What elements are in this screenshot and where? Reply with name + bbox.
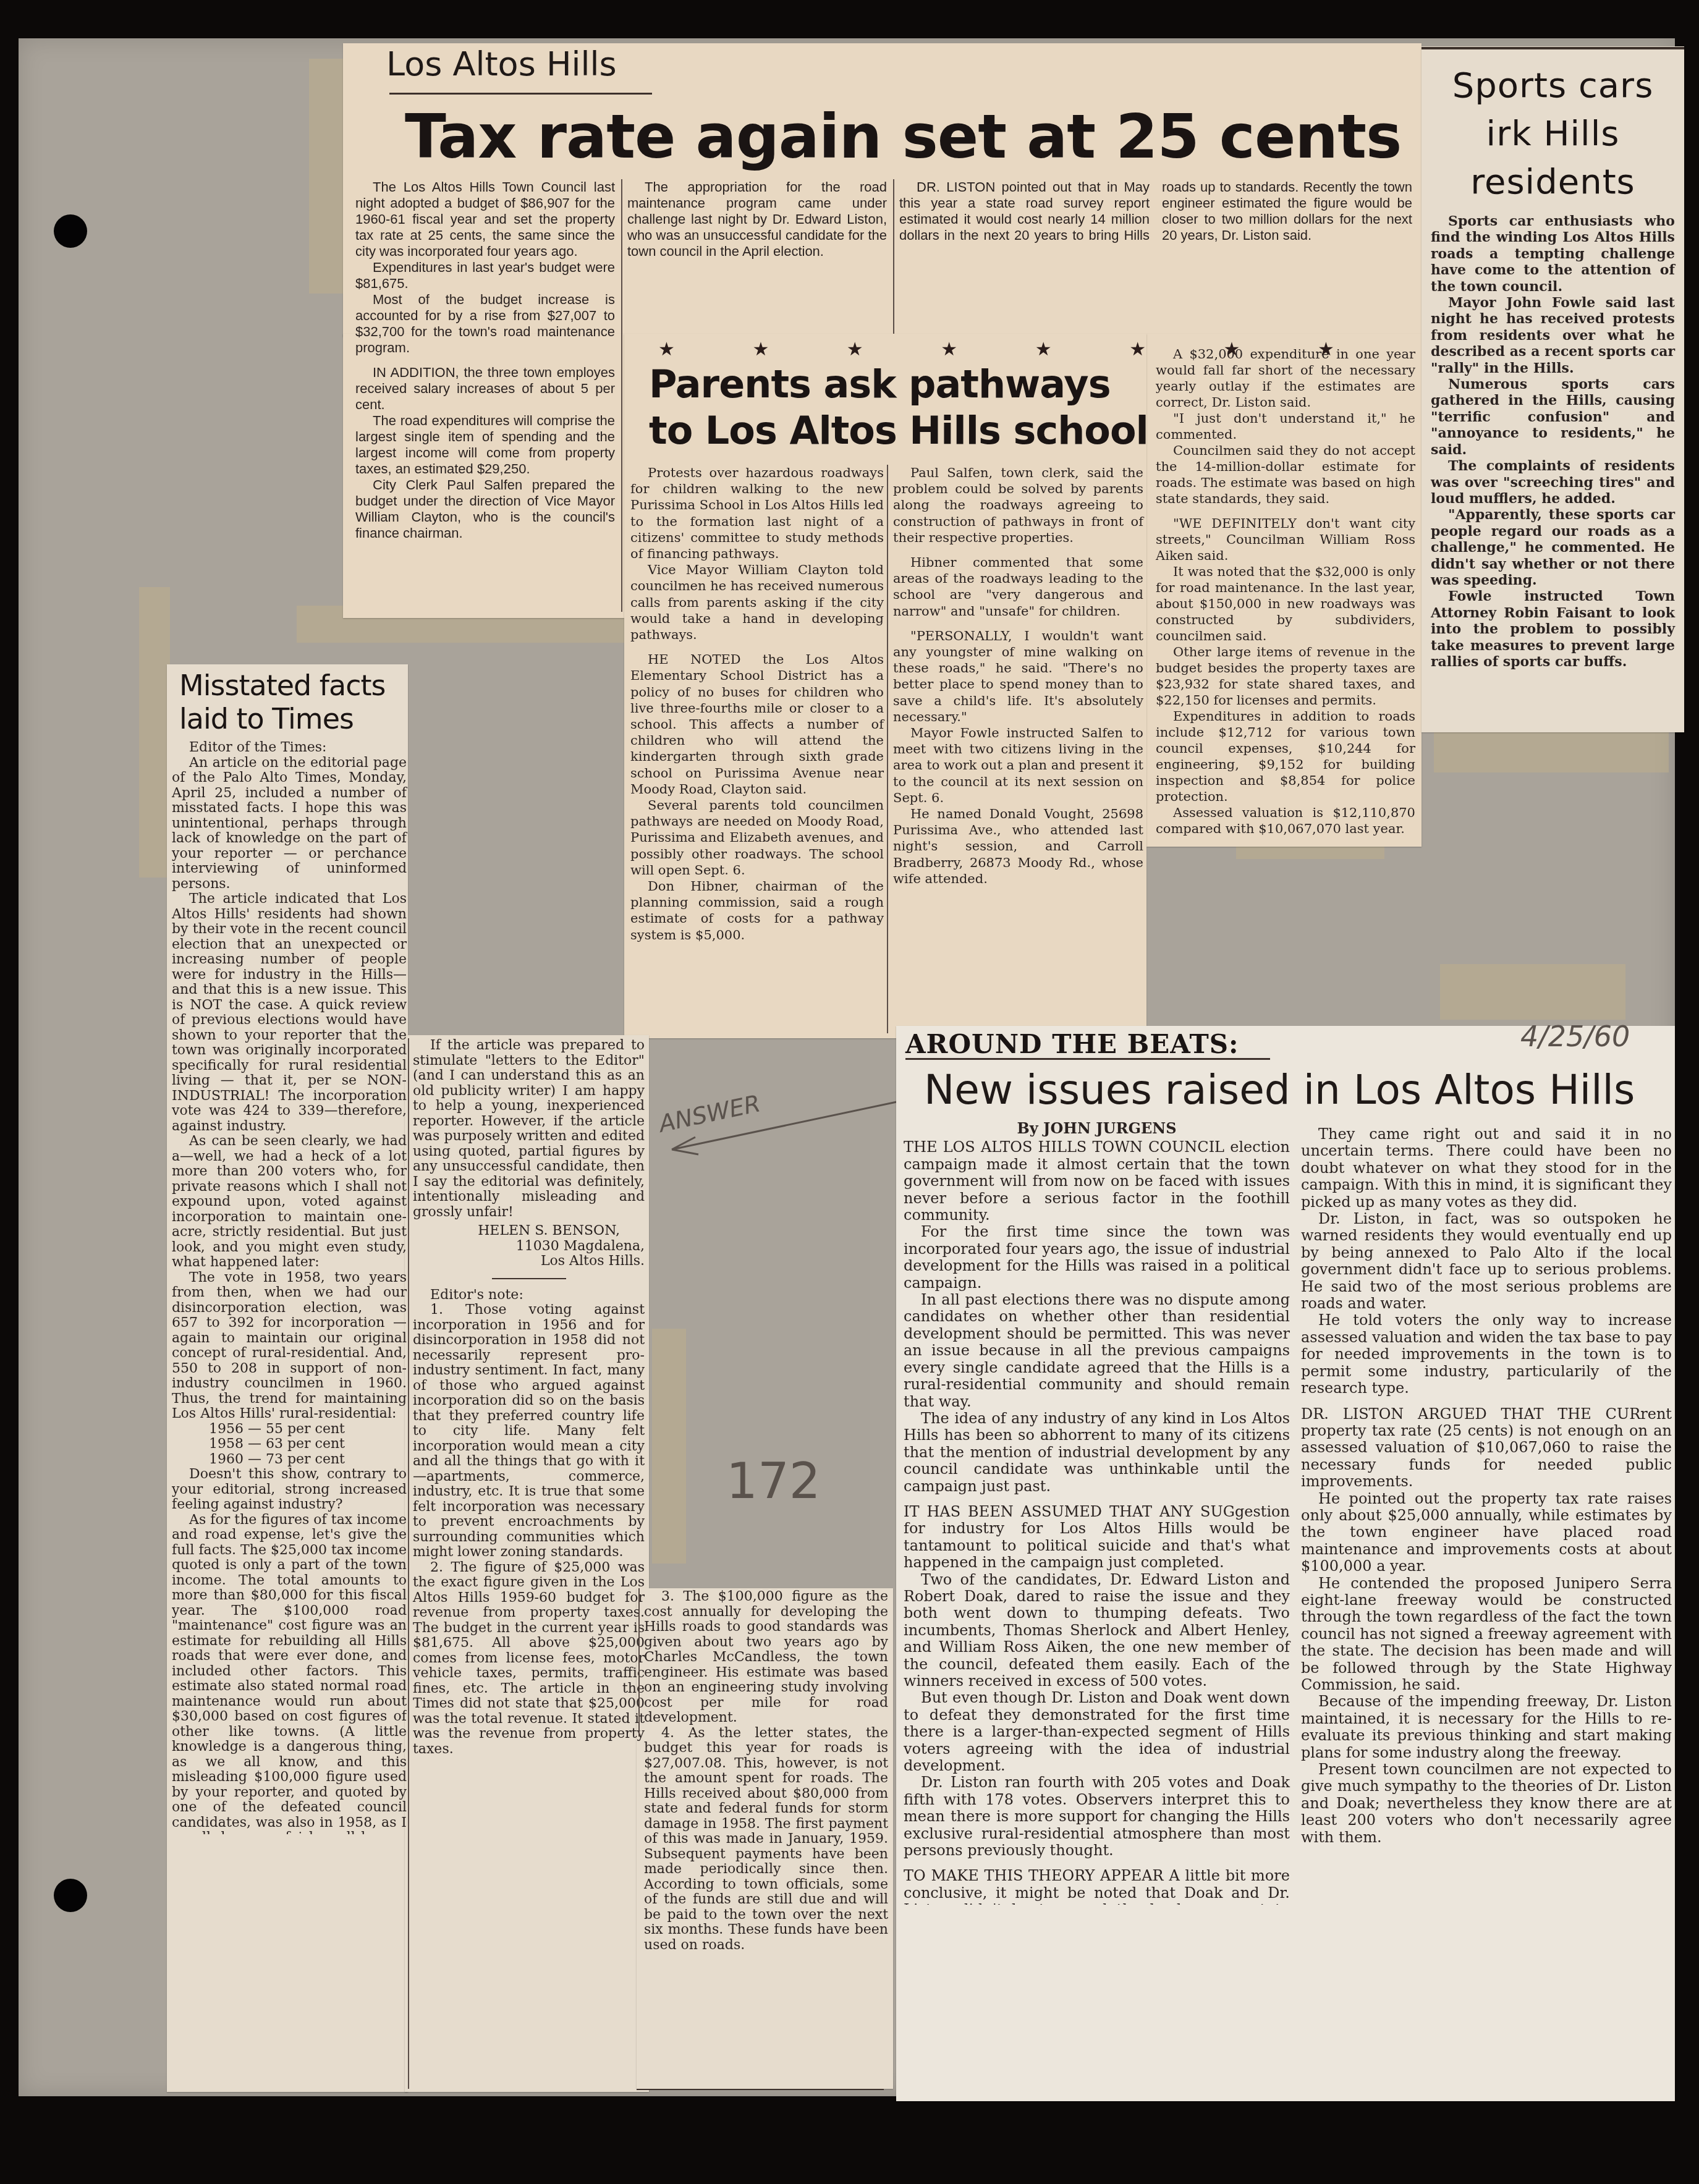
article-tax-rate-col2: The appropriation for the road maintenan… [627,179,887,260]
kicker-around-the-beats: AROUND THE BEATS: [905,1029,1239,1059]
letter-col1: Editor of the Times: An article on the e… [172,740,407,1834]
kicker-underline [905,1058,1270,1060]
trend-list: 1956 — 55 per cent 1958 — 63 per cent 19… [172,1422,407,1468]
handwritten-date: 4/25/60 [1520,1020,1630,1053]
headline-pathways-line2: to Los Altos Hills school [649,408,1148,453]
kicker-underline [389,93,652,95]
trend-row: 1960 — 73 per cent [209,1452,407,1468]
handwritten-page-number: 172 [726,1452,821,1510]
trend-row: 1958 — 63 per cent [209,1437,407,1452]
headline-tax-rate: Tax rate again set at 25 cents [405,102,1401,172]
top-rule [1421,47,1684,49]
tape-strip [1440,964,1625,1020]
tape-strip [1434,729,1669,772]
column-rule [621,179,622,612]
tape-strip [652,1329,686,1564]
divider [492,1278,566,1279]
article-new-issues-col1: By JOHN JURGENS THE LOS ALTOS HILLS TOWN… [904,1120,1290,1905]
article-pathways-col1: Protests over hazardous roadways for chi… [630,465,884,943]
headline-sports-cars: Sports cars irk Hills residents [1428,62,1678,206]
article-tax-rate-col3: DR. LISTON pointed out that in May this … [899,179,1412,243]
trend-row: 1956 — 55 per cent [209,1422,407,1437]
handwritten-arrow-icon [664,1094,912,1162]
column-rule [887,465,888,1033]
article-new-issues-col2: They came right out and said it in no un… [1301,1126,1672,1846]
article-pathways-col2: Paul Salfen, town clerk, said the proble… [893,465,1143,887]
letter-col3: 3. The $100,000 figure as the cost annua… [644,1589,888,1953]
letter-col2: If the article was prepared to stimulate… [413,1038,645,1757]
headline-new-issues: New issues raised in Los Altos Hills [924,1066,1635,1114]
binder-hole-top [54,214,87,248]
column-rule [893,179,894,334]
column-rule [638,1588,640,1737]
signature: HELEN S. BENSON, 11030 Magdalena, Los Al… [413,1224,645,1269]
article-sports-cars: Sports car enthusiasts who find the wind… [1431,213,1675,670]
column-rule [408,1038,409,2089]
star-divider: ★ ★ ★ ★ ★ ★ ★ ★ [658,339,1370,360]
headline-pathways-line1: Parents ask pathways [649,362,1111,407]
tape-strip [309,59,343,294]
binder-hole-bottom [54,1879,87,1912]
kicker-los-altos-hills: Los Altos Hills [386,44,617,83]
article-tax-rate-col1: The Los Altos Hills Town Council last ni… [355,179,615,541]
article-tax-rate-col4: A $32,000 expenditure in one year would … [1156,346,1415,837]
bottom-rule [637,2089,884,2090]
headline-misstated-facts: Misstated facts laid to Times [179,669,408,735]
tape-strip [139,587,170,878]
